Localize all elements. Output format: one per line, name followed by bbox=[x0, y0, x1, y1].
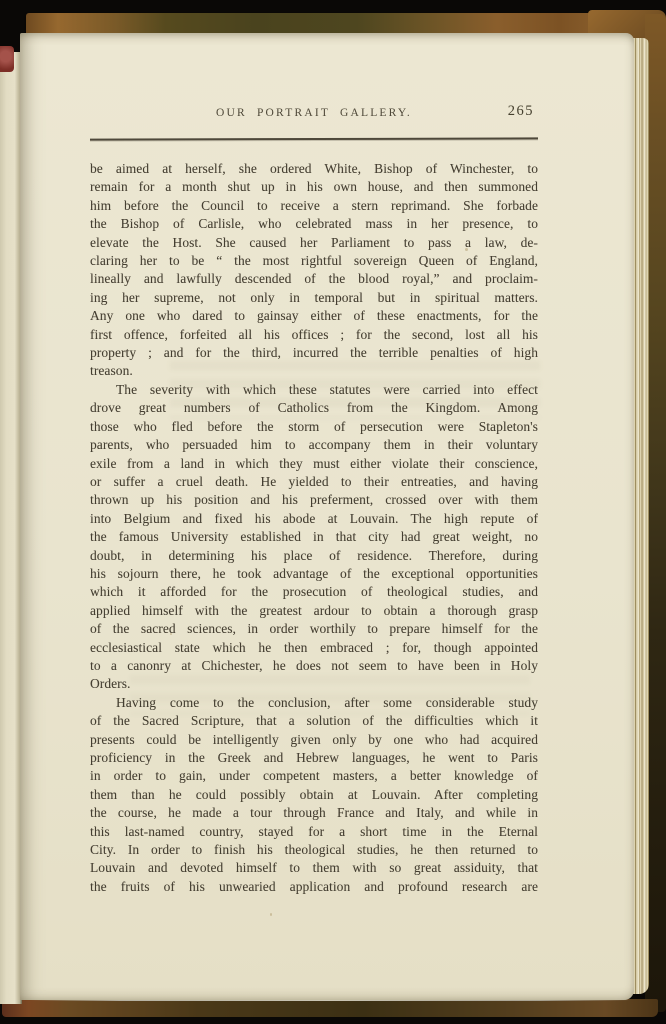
text-line: The severity with which these statutes w… bbox=[90, 381, 538, 399]
text-line: his sojourn there, he took advantage of … bbox=[90, 565, 538, 583]
text-line: be aimed at herself, she ordered White, … bbox=[90, 160, 538, 178]
text-line: Having come to the conclusion, after som… bbox=[90, 694, 538, 712]
text-line: of the Sacred Scripture, that a solution… bbox=[90, 712, 538, 730]
text-line: City. In order to finish his theological… bbox=[90, 841, 538, 859]
text-line: ecclesiastical state which he then embra… bbox=[90, 639, 538, 657]
text-line: remain for a month shut up in his own ho… bbox=[90, 178, 538, 196]
text-line: this last-named country, stayed for a sh… bbox=[90, 823, 538, 841]
text-line: the famous University established in tha… bbox=[90, 528, 538, 546]
text-line: drove great numbers of Catholics from th… bbox=[90, 399, 538, 417]
text-line: them than he could possibly obtain at Lo… bbox=[90, 786, 538, 804]
page-number: 265 bbox=[508, 103, 534, 120]
text-line: parents, who persuaded him to accompany … bbox=[90, 436, 538, 454]
text-line: elevate the Host. She caused her Parliam… bbox=[90, 234, 538, 252]
text-line: lineally and lawfully descended of the b… bbox=[90, 270, 538, 288]
text-line: the fruits of his unwearied application … bbox=[90, 878, 538, 896]
text-line: in order to gain, under competent master… bbox=[90, 767, 538, 785]
left-page-gutter bbox=[0, 52, 22, 1004]
text-line: claring her to be “ the most rightful so… bbox=[90, 252, 538, 270]
text-line: thrown up his position and his prefermen… bbox=[90, 491, 538, 509]
text-line: property ; and for the third, incurred t… bbox=[90, 344, 538, 362]
paragraph: Having come to the conclusion, after som… bbox=[90, 694, 538, 896]
text-line: Louvain and devoted himself to them with… bbox=[90, 859, 538, 877]
header-rule bbox=[90, 137, 538, 140]
book-bottom-cover-edge bbox=[2, 999, 658, 1017]
marbled-endpaper-fragment bbox=[0, 46, 14, 72]
text-line: ing her supreme, not only in temporal bu… bbox=[90, 289, 538, 307]
text-line: him before the Council to receive a ster… bbox=[90, 197, 538, 215]
paragraph: The severity with which these statutes w… bbox=[90, 381, 538, 694]
foxing-speck bbox=[270, 913, 272, 916]
running-header: OUR PORTRAIT GALLERY. 265 bbox=[90, 107, 538, 127]
book-photograph: OUR PORTRAIT GALLERY. 265 be aimed at he… bbox=[0, 0, 666, 1024]
text-line: Orders. bbox=[90, 675, 538, 693]
text-line: first offence, forfeited all his offices… bbox=[90, 326, 538, 344]
text-line: the Bishop of Carlisle, who celebrated m… bbox=[90, 215, 538, 233]
text-line: applied himself with the greatest ardour… bbox=[90, 602, 538, 620]
text-line: which it afforded for the prosecution of… bbox=[90, 583, 538, 601]
text-line: to a canonry at Chichester, he does not … bbox=[90, 657, 538, 675]
text-line: of the sacred sciences, in order worthil… bbox=[90, 620, 538, 638]
text-line: treason. bbox=[90, 362, 538, 380]
text-line: exile from a land in which they must eit… bbox=[90, 455, 538, 473]
text-line: the course, he made a tour through Franc… bbox=[90, 804, 538, 822]
text-line: presents could be intelligently given on… bbox=[90, 731, 538, 749]
text-line: proficiency in the Greek and Hebrew lang… bbox=[90, 749, 538, 767]
body-text: be aimed at herself, she ordered White, … bbox=[90, 160, 538, 896]
text-line: into Belgium and fixed his abode at Louv… bbox=[90, 510, 538, 528]
text-line: doubt, in determining his place of resid… bbox=[90, 547, 538, 565]
paragraph: be aimed at herself, she ordered White, … bbox=[90, 160, 538, 381]
text-line: or suffer a cruel death. He yielded to t… bbox=[90, 473, 538, 491]
text-line: Any one who dared to gainsay either of t… bbox=[90, 307, 538, 325]
text-line: those who fled before the storm of perse… bbox=[90, 418, 538, 436]
book-page: OUR PORTRAIT GALLERY. 265 be aimed at he… bbox=[20, 33, 634, 1000]
page-title: OUR PORTRAIT GALLERY. bbox=[90, 107, 538, 119]
